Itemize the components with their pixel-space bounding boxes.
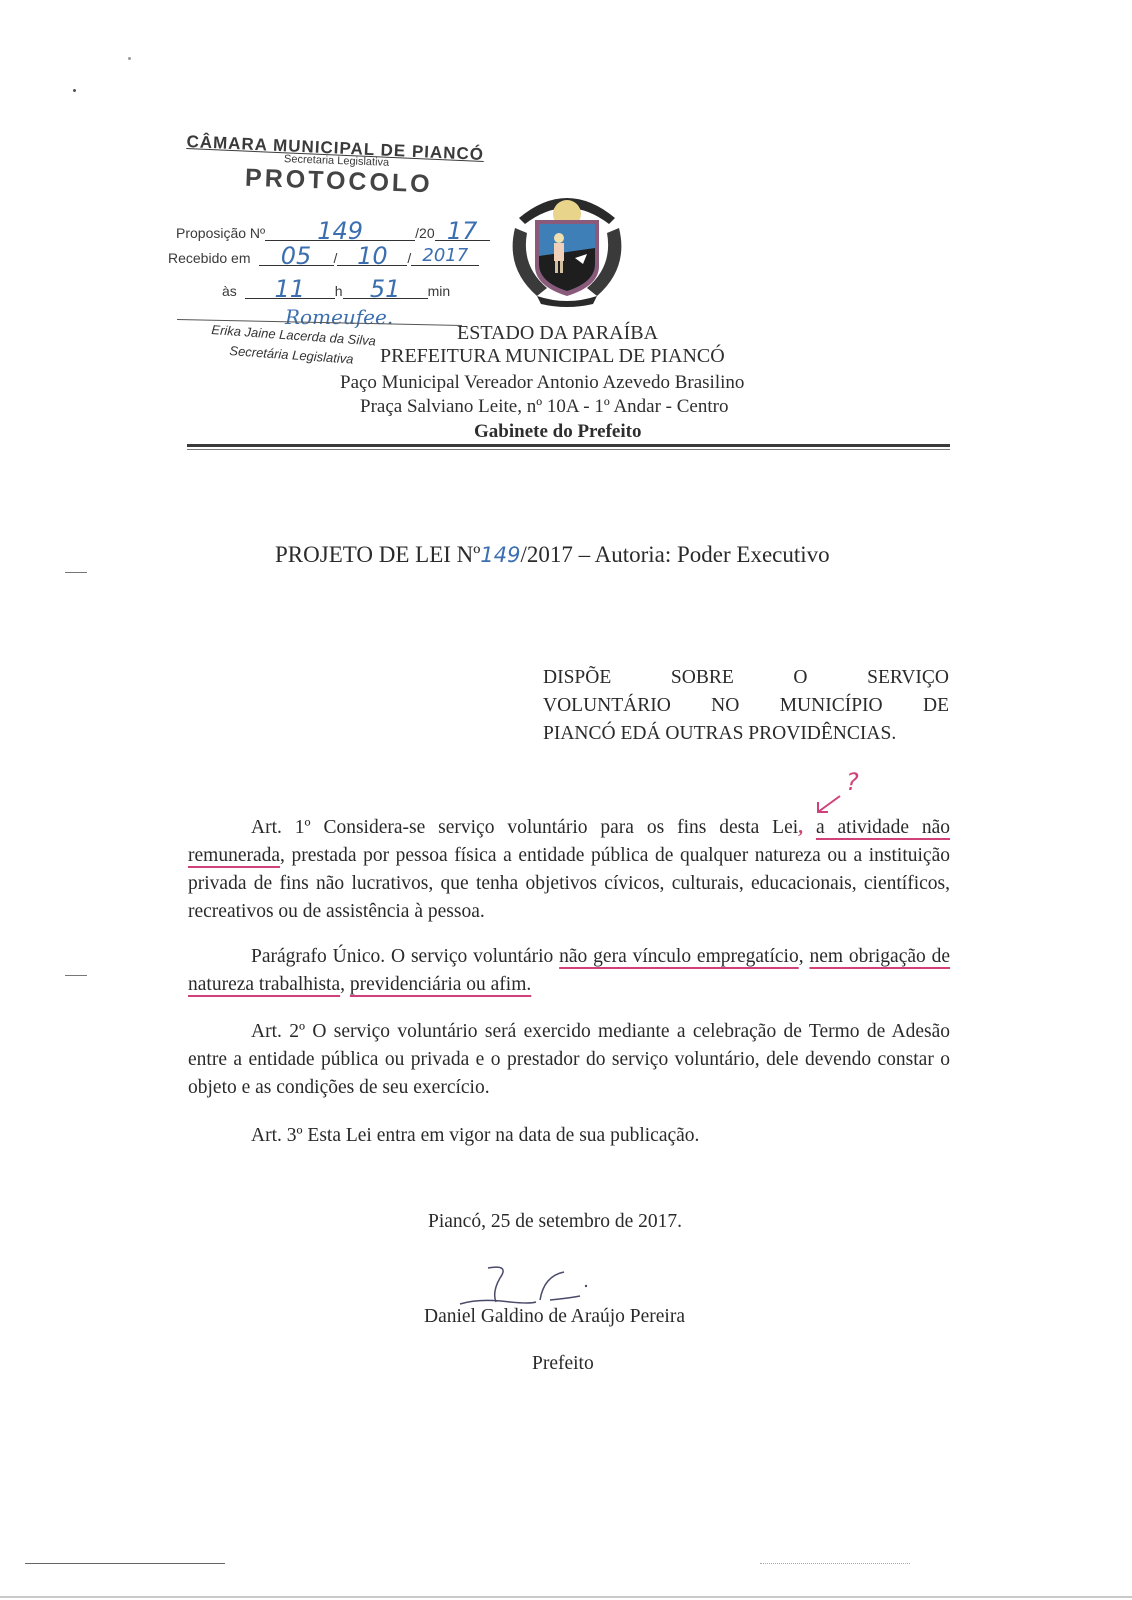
letterhead-divider-thin	[187, 449, 950, 450]
letterhead-building: Paço Municipal Vereador Antonio Azevedo …	[340, 372, 744, 394]
recebido-month-field: 10	[337, 247, 407, 266]
article-2-text: Art. 2º O serviço voluntário será exerci…	[188, 1018, 950, 1102]
stamp-proposicao-row: Proposição Nº 149 /20 17	[176, 222, 490, 241]
letterhead-divider	[187, 444, 950, 447]
recebido-day: 05	[281, 242, 312, 270]
minute-field: 51	[343, 280, 428, 299]
summary-line: VOLUNTÁRIO NO MUNICÍPIO DE	[543, 692, 949, 720]
clerk-role: Secretária Legislativa	[229, 343, 354, 367]
coat-of-arms-icon	[497, 178, 637, 308]
article-2: Art. 2º O serviço voluntário será exerci…	[188, 1018, 950, 1102]
letterhead-address: Praça Salviano Leite, nº 10A - 1º Andar …	[360, 396, 728, 418]
letterhead-state: ESTADO DA PARAÍBA	[457, 322, 658, 345]
page-edge	[0, 1596, 1132, 1598]
article-1: Art. 1º Considera-se serviço voluntário …	[188, 814, 950, 926]
bill-summary: DISPÕE SOBRE O SERVIÇO VOLUNTÁRIO NO MUN…	[543, 664, 949, 748]
proposicao-year-field: 17	[435, 222, 490, 241]
article-1-comma-mark: ,	[798, 817, 803, 838]
minute: 51	[370, 275, 401, 303]
paragraph-text-a: Parágrafo Único. O serviço voluntário	[251, 946, 559, 967]
paragraph-underlined-1: não gera vínculo empregatício	[559, 946, 799, 967]
recebido-day-field: 05	[259, 247, 334, 266]
margin-mark	[65, 975, 87, 976]
recebido-year: 2017	[422, 245, 468, 266]
article-3-text: Art. 3º Esta Lei entra em vigor na data …	[188, 1122, 950, 1150]
h-label: h	[335, 283, 343, 299]
scan-artifact-line	[25, 1563, 225, 1564]
letterhead-office: Gabinete do Prefeito	[474, 421, 641, 443]
as-label: às	[222, 283, 237, 299]
article-1-text-a: Art. 1º Considera-se serviço voluntário …	[251, 817, 798, 838]
scan-artifact-line	[760, 1563, 910, 1564]
summary-line: DISPÕE SOBRE O SERVIÇO	[543, 664, 949, 692]
bill-number: 149	[480, 543, 520, 567]
svg-text:?: ?	[846, 768, 859, 796]
min-label: min	[428, 283, 451, 299]
recebido-label: Recebido em	[168, 250, 251, 266]
proposicao-number: 149	[317, 217, 363, 245]
hour-field: 11	[245, 280, 335, 299]
mayor-signature-icon	[440, 1262, 620, 1312]
place-date: Piancó, 25 de setembro de 2017.	[428, 1211, 682, 1233]
bill-title-suffix: /2017 – Autoria: Poder Executivo	[521, 542, 830, 567]
bill-title-prefix: PROJETO DE LEI Nº	[275, 542, 480, 567]
paragraph-unico: Parágrafo Único. O serviço voluntário nã…	[188, 943, 950, 999]
recebido-year-field: 2017	[411, 247, 479, 266]
article-3: Art. 3º Esta Lei entra em vigor na data …	[188, 1122, 950, 1150]
signer-name: Daniel Galdino de Araújo Pereira	[424, 1306, 685, 1328]
margin-mark	[65, 572, 87, 573]
stamp-title: PROTOCOLO	[245, 164, 434, 200]
stamp-recebido-row: Recebido em 05 / 10 / 2017	[168, 247, 479, 266]
proposicao-year: 17	[447, 217, 478, 245]
clerk-signature: Romeufee.	[285, 305, 393, 329]
paragraph-separator: ,	[340, 974, 350, 995]
proposicao-year-prefix: /20	[415, 225, 434, 241]
paragraph-separator: ,	[799, 946, 810, 967]
proposicao-label: Proposição Nº	[176, 225, 265, 241]
stamp-time-row: às 11 h 51 min	[222, 280, 450, 299]
article-1-text-b: , prestada por pessoa física a entidade …	[188, 845, 950, 922]
signer-role: Prefeito	[532, 1353, 594, 1375]
proposicao-number-field: 149	[265, 222, 415, 241]
recebido-month: 10	[357, 242, 388, 270]
bill-title: PROJETO DE LEI Nº149/2017 – Autoria: Pod…	[275, 542, 830, 568]
scan-speck	[73, 89, 76, 92]
hour: 11	[275, 275, 306, 303]
scan-speck	[128, 57, 131, 60]
summary-line: PIANCÓ EDÁ OUTRAS PROVIDÊNCIAS.	[543, 720, 949, 748]
paragraph-underlined-3: previdenciária ou afim.	[350, 974, 531, 995]
letterhead-prefecture: PREFEITURA MUNICIPAL DE PIANCÓ	[380, 345, 725, 368]
